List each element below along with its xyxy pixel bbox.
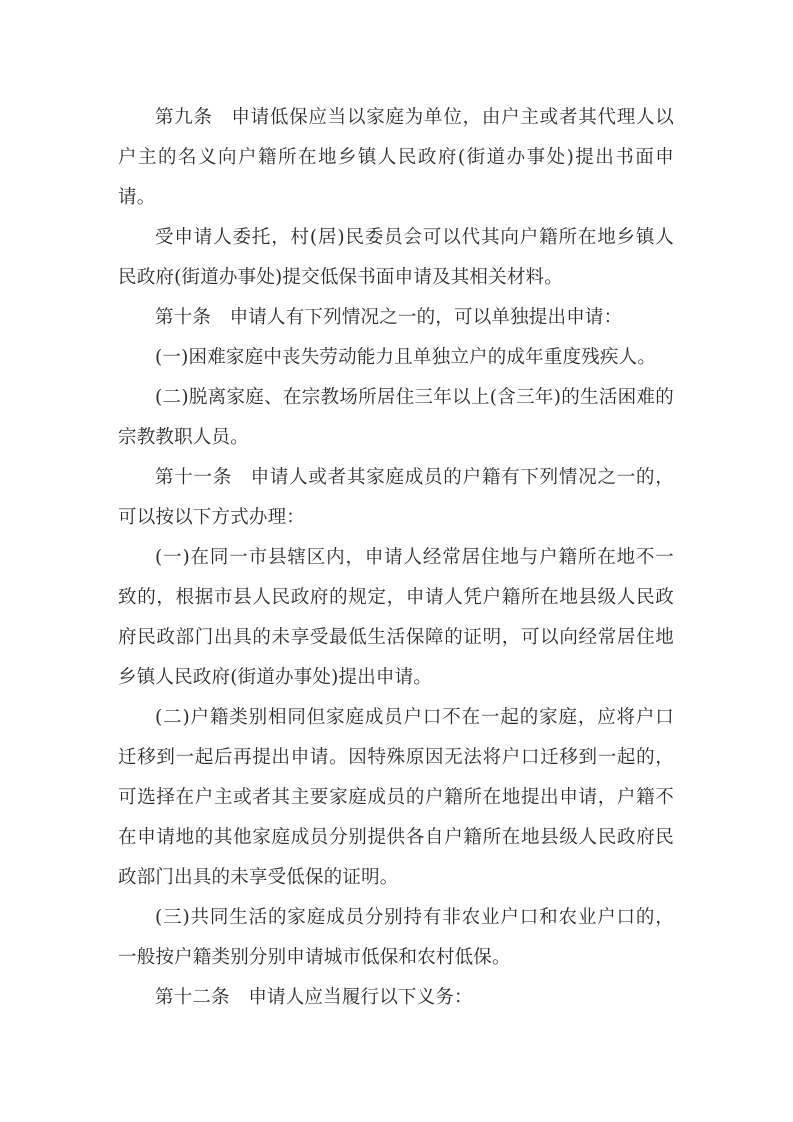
paragraph-text: 申请人应当履行以下义务： xyxy=(248,987,472,1008)
paragraph-item-1: (一)困难家庭中丧失劳动能力且单独立户的成年重度残疾人。 xyxy=(118,338,674,378)
paragraph-text: (二)脱离家庭、在宗教场所居住三年以上(含三年)的生活困难的宗教教职人员。 xyxy=(118,387,674,448)
paragraph-text: (一)在同一市县辖区内，申请人经常居住地与户籍所在地不一致的，根据市县人民政府的… xyxy=(118,547,674,688)
article-number: 第十条 xyxy=(155,307,211,328)
paragraph-text: (三)共同生活的家庭成员分别持有非农业户口和农业户口的，一般按户籍类别分别申请城… xyxy=(118,907,674,968)
paragraph-text: 受申请人委托，村(居)民委员会可以代其向户籍所在地乡镇人民政府(街道办事处)提交… xyxy=(118,227,674,288)
paragraph-text: (二)户籍类别相同但家庭成员户口不在一起的家庭，应将户口迁移到一起后再提出申请。… xyxy=(118,707,674,888)
paragraph-item-1: (一)在同一市县辖区内，申请人经常居住地与户籍所在地不一致的，根据市县人民政府的… xyxy=(118,538,674,698)
paragraph-article-12: 第十二条申请人应当履行以下义务： xyxy=(118,978,674,1018)
paragraph-item-2: (二)户籍类别相同但家庭成员户口不在一起的家庭，应将户口迁移到一起后再提出申请。… xyxy=(118,698,674,898)
paragraph-entrusted-application: 受申请人委托，村(居)民委员会可以代其向户籍所在地乡镇人民政府(街道办事处)提交… xyxy=(118,218,674,298)
paragraph-text: (一)困难家庭中丧失劳动能力且单独立户的成年重度残疾人。 xyxy=(155,347,656,368)
article-number: 第十二条 xyxy=(155,987,230,1008)
document-page: 第九条申请低保应当以家庭为单位，由户主或者其代理人以户主的名义向户籍所在地乡镇人… xyxy=(118,98,674,1018)
paragraph-item-3: (三)共同生活的家庭成员分别持有非农业户口和农业户口的，一般按户籍类别分别申请城… xyxy=(118,898,674,978)
paragraph-article-9: 第九条申请低保应当以家庭为单位，由户主或者其代理人以户主的名义向户籍所在地乡镇人… xyxy=(118,98,674,218)
paragraph-text: 申请人有下列情况之一的，可以单独提出申请： xyxy=(230,307,623,328)
paragraph-article-10: 第十条申请人有下列情况之一的，可以单独提出申请： xyxy=(118,298,674,338)
article-number: 第十一条 xyxy=(155,467,232,488)
paragraph-article-11: 第十一条申请人或者其家庭成员的户籍有下列情况之一的，可以按以下方式办理： xyxy=(118,458,674,538)
paragraph-item-2: (二)脱离家庭、在宗教场所居住三年以上(含三年)的生活困难的宗教教职人员。 xyxy=(118,378,674,458)
article-number: 第九条 xyxy=(155,107,213,128)
